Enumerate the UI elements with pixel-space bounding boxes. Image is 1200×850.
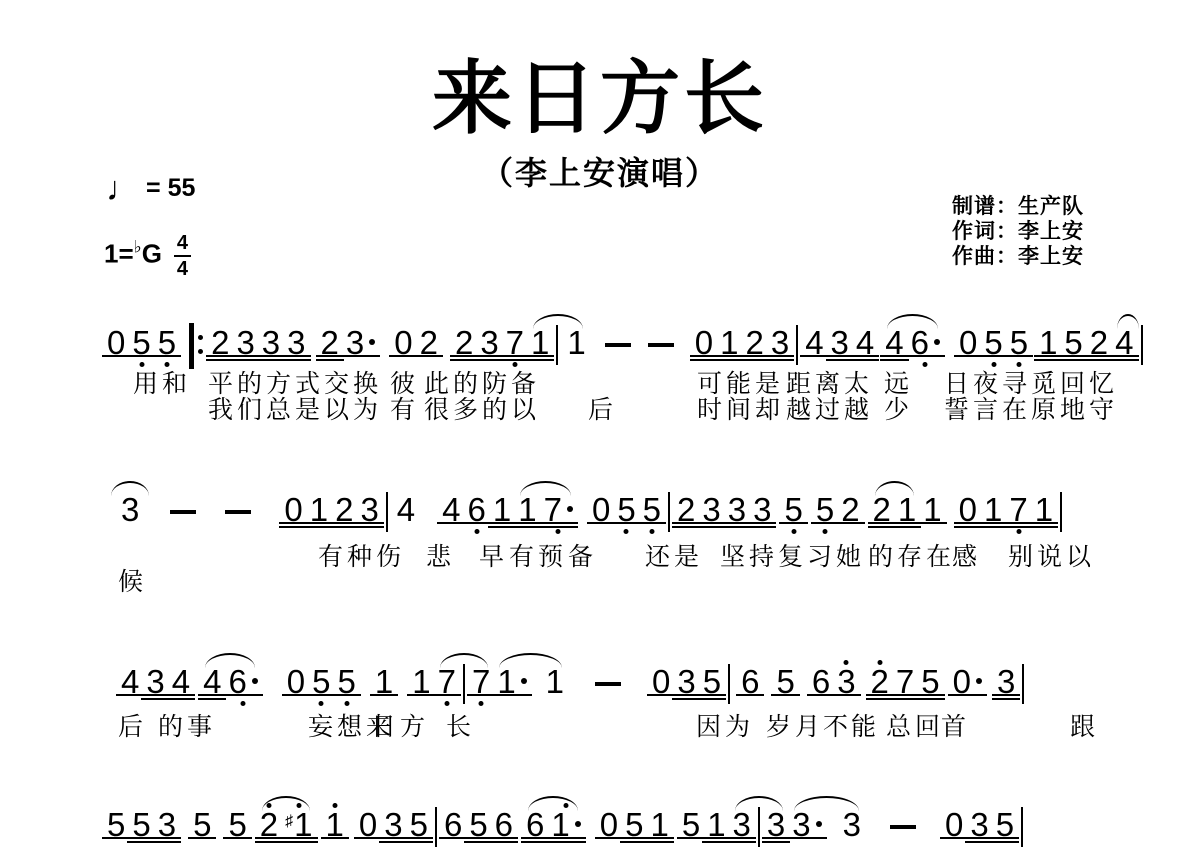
- note-token: 5: [994, 810, 1016, 840]
- sixteenth-beam: [690, 359, 718, 361]
- eighth-beam: [800, 355, 828, 357]
- eighth-beam: [223, 837, 251, 839]
- note-token: 7: [894, 667, 916, 697]
- eighth-beam: [866, 694, 894, 696]
- note-token: 5: [130, 810, 152, 840]
- slur-tie-arc: [528, 796, 578, 811]
- note-token: 3: [119, 495, 141, 525]
- eighth-beam: [811, 522, 839, 524]
- barline: [435, 807, 437, 847]
- sixteenth-beam: [231, 359, 259, 361]
- eighth-beam: [464, 837, 492, 839]
- eighth-beam: [475, 355, 503, 357]
- lyric-segment: 别说以: [1008, 545, 1095, 570]
- low-octave-dot: [823, 529, 828, 534]
- eighth-beam: [116, 694, 144, 696]
- slur-tie-arc: [875, 481, 914, 496]
- sixteenth-beam: [450, 359, 478, 361]
- note-token: 0: [943, 810, 965, 840]
- low-octave-dot: [624, 529, 629, 534]
- eighth-beam: [167, 694, 195, 696]
- note-token: 3: [260, 328, 282, 358]
- note-token: 0: [957, 495, 979, 525]
- sixteenth-beam: [1004, 526, 1032, 528]
- barline: [1022, 664, 1024, 704]
- note-token: 1: [896, 495, 918, 525]
- lyric-segment: 不: [823, 715, 852, 740]
- note-token: 5: [701, 667, 723, 697]
- note-token: 5: [1062, 328, 1084, 358]
- barline: [1021, 807, 1023, 847]
- note-token: 2: [1088, 328, 1110, 358]
- slur-tie-arc: [735, 796, 783, 811]
- eighth-beam: [282, 355, 310, 357]
- eighth-beam: [677, 837, 705, 839]
- sixteenth-beam: [282, 359, 310, 361]
- low-octave-dot: [556, 529, 561, 534]
- barline: [796, 325, 798, 365]
- eighth-beam: [355, 522, 383, 524]
- eighth-beam: [439, 837, 467, 839]
- eighth-beam: [954, 355, 982, 357]
- sixteenth-beam: [916, 698, 944, 700]
- note-extension-dash: [605, 343, 631, 347]
- eighth-beam: [638, 522, 666, 524]
- note-token: 4: [854, 328, 876, 358]
- sixteenth-beam: [355, 526, 383, 528]
- eighth-beam: [341, 355, 380, 357]
- note-token: 5: [336, 667, 358, 697]
- eighth-beam: [880, 355, 908, 357]
- note-token: 3: [285, 328, 307, 358]
- lyric-segment: 有种伤: [318, 545, 405, 570]
- eighth-beam: [672, 694, 700, 696]
- eighth-beam: [690, 355, 718, 357]
- note-token: 5: [310, 667, 332, 697]
- slur-tie-arc: [111, 481, 149, 496]
- sixteenth-beam: [488, 526, 516, 528]
- sixteenth-beam: [141, 698, 169, 700]
- note-token: 3: [700, 495, 722, 525]
- note-token: 0: [693, 328, 715, 358]
- lyric-segment: 早: [479, 545, 508, 570]
- high-octave-dot: [332, 803, 337, 808]
- note-token: 2: [743, 328, 765, 358]
- eighth-beam: [370, 694, 398, 696]
- eighth-beam: [868, 522, 896, 524]
- note-token: 1: [1033, 495, 1055, 525]
- lyric-segment: 能: [851, 715, 880, 740]
- eighth-beam: [979, 522, 1007, 524]
- sixteenth-beam: [513, 526, 541, 528]
- note-token: 5: [156, 328, 178, 358]
- sixteenth-beam: [728, 841, 756, 843]
- eighth-beam: [231, 355, 259, 357]
- slur-tie-arc: [262, 796, 310, 811]
- eighth-beam: [1085, 355, 1113, 357]
- sixteenth-beam: [965, 841, 993, 843]
- sixteenth-beam: [257, 359, 285, 361]
- sharp-sign-icon: ♯: [285, 813, 293, 830]
- note-token: 6: [739, 667, 761, 697]
- low-octave-dot: [344, 701, 349, 706]
- note-token: 0: [951, 667, 984, 697]
- eighth-beam: [153, 355, 181, 357]
- sixteenth-beam: [766, 359, 794, 361]
- lyric-segment: 彼: [390, 372, 419, 397]
- slur-tie-arc: [887, 314, 938, 329]
- eighth-beam: [206, 355, 234, 357]
- eighth-beam: [702, 837, 730, 839]
- eighth-beam: [991, 837, 1019, 839]
- barline: [728, 664, 730, 704]
- eighth-beam: [526, 355, 554, 357]
- eighth-beam: [437, 522, 465, 524]
- note-token: 4: [803, 328, 825, 358]
- sixteenth-beam: [153, 841, 181, 843]
- eighth-beam: [405, 837, 433, 839]
- eighth-beam: [771, 694, 799, 696]
- eighth-beam: [501, 355, 529, 357]
- eighth-beam: [305, 522, 333, 524]
- sixteenth-beam: [851, 359, 879, 361]
- note-token: 0: [957, 328, 979, 358]
- lyric-segment: 此的防备: [424, 372, 540, 397]
- lyric-segment: 日夜寻觅回忆: [944, 372, 1118, 397]
- note-token: 6: [493, 810, 515, 840]
- eighth-beam: [647, 694, 675, 696]
- low-octave-dot: [479, 701, 484, 706]
- sixteenth-beam: [891, 698, 919, 700]
- note-token: 4: [201, 667, 223, 697]
- eighth-beam: [539, 522, 578, 524]
- slur-tie-arc: [794, 796, 859, 811]
- slur-tie-arc: [205, 653, 255, 668]
- eighth-beam: [188, 837, 216, 839]
- eighth-beam: [832, 694, 860, 696]
- slur-tie-arc: [520, 481, 571, 496]
- eighth-beam: [513, 522, 541, 524]
- eighth-beam: [1059, 355, 1087, 357]
- lyric-segment: 跟: [1070, 715, 1099, 740]
- sixteenth-beam: [501, 359, 529, 361]
- lyric-segment: 离太: [815, 372, 873, 397]
- barline: [668, 492, 670, 532]
- note-token: 2: [209, 328, 231, 358]
- slur-tie-arc: [440, 653, 488, 668]
- note-token: 1: [516, 495, 538, 525]
- eighth-beam: [223, 694, 262, 696]
- note-token: 5: [641, 495, 663, 525]
- note-token: 0: [590, 495, 612, 525]
- eighth-beam: [893, 522, 921, 524]
- eighth-beam: [807, 694, 835, 696]
- lyric-segment: 候: [118, 570, 147, 595]
- lyric-segment: 有预: [509, 545, 567, 570]
- note-token: 7: [1007, 495, 1029, 525]
- sixteenth-beam: [1034, 359, 1062, 361]
- barline: [463, 664, 465, 704]
- note-token: 7: [436, 667, 458, 697]
- sixteenth-beam: [526, 359, 554, 361]
- eighth-beam: [612, 522, 640, 524]
- sixteenth-beam: [672, 526, 700, 528]
- high-octave-dot: [844, 660, 849, 665]
- note-token: 5: [814, 495, 836, 525]
- note-token: 1: [544, 667, 566, 697]
- sixteenth-beam: [464, 841, 492, 843]
- note-extension-dash: [225, 510, 251, 514]
- score-area: 05523332302237110123434460551524用和平的方式交换…: [0, 0, 1200, 850]
- note-token: 3: [144, 667, 166, 697]
- note-token: 1: [373, 667, 395, 697]
- lyric-segment: 距: [786, 372, 815, 397]
- eighth-beam: [748, 522, 776, 524]
- low-octave-dot: [139, 362, 144, 367]
- sixteenth-beam: [475, 359, 503, 361]
- eighth-beam: [490, 837, 518, 839]
- lyric-segment: 我们总是以为: [208, 398, 382, 423]
- high-octave-dot: [877, 660, 882, 665]
- eighth-beam: [354, 837, 382, 839]
- sixteenth-beam: [539, 526, 578, 528]
- sixteenth-beam: [255, 841, 283, 843]
- note-token: 5: [130, 328, 152, 358]
- sixteenth-beam: [880, 359, 908, 361]
- note-token: 3: [726, 495, 748, 525]
- sixteenth-beam: [280, 841, 317, 843]
- low-octave-dot: [1016, 529, 1021, 534]
- note-token: 3: [478, 328, 500, 358]
- sixteenth-beam: [698, 698, 726, 700]
- eighth-beam: [672, 522, 700, 524]
- augmentation-dot: [521, 678, 527, 684]
- eighth-beam: [198, 694, 226, 696]
- lyric-segment: 岁: [766, 715, 795, 740]
- eighth-beam: [779, 522, 807, 524]
- note-token: 5: [1008, 328, 1030, 358]
- eighth-beam: [851, 355, 879, 357]
- note-token: 5: [467, 810, 489, 840]
- eighth-beam: [697, 522, 725, 524]
- eighth-beam: [1034, 355, 1062, 357]
- sixteenth-beam: [279, 526, 307, 528]
- eighth-beam: [282, 694, 310, 696]
- sixteenth-beam: [868, 526, 896, 528]
- eighth-beam: [141, 694, 169, 696]
- slur-tie-arc: [1117, 314, 1139, 329]
- note-token: 0: [392, 328, 414, 358]
- lyric-segment: 很多的以: [424, 398, 540, 423]
- note-extension-dash: [170, 510, 196, 514]
- sixteenth-beam: [198, 698, 226, 700]
- note-token: 1: [549, 810, 582, 840]
- note-token: 5: [919, 667, 941, 697]
- sixteenth-beam: [645, 841, 673, 843]
- note-token: 3: [790, 810, 823, 840]
- sixteenth-beam: [490, 841, 518, 843]
- music-system-2: 3012344611705523335522110171: [105, 495, 1062, 529]
- barline: [1060, 492, 1062, 532]
- note-token: 2: [319, 328, 341, 358]
- sixteenth-beam: [762, 841, 790, 843]
- eighth-beam: [891, 694, 919, 696]
- eighth-beam: [740, 355, 768, 357]
- note-token: 2: [258, 810, 280, 840]
- note-token: 5: [408, 810, 430, 840]
- sixteenth-beam: [1110, 359, 1138, 361]
- note-token: 6: [524, 810, 546, 840]
- eighth-beam: [918, 522, 946, 524]
- note-token: 0: [282, 495, 304, 525]
- eighth-beam: [595, 837, 623, 839]
- lyric-segment: 日方: [371, 715, 429, 740]
- lyric-segment: 平的方式交换: [208, 372, 382, 397]
- slur-tie-arc: [499, 653, 562, 668]
- note-token: 2: [871, 495, 893, 525]
- lyric-segment: 时间却: [697, 398, 784, 423]
- note-token: 3: [156, 810, 178, 840]
- music-system-4: 553552♯1103565661051513333035: [105, 810, 1023, 844]
- sixteenth-beam: [723, 526, 751, 528]
- note-token: 5: [623, 810, 645, 840]
- sixteenth-beam: [748, 526, 776, 528]
- eighth-beam: [762, 837, 790, 839]
- eighth-beam: [407, 694, 435, 696]
- note-token: 2: [675, 495, 697, 525]
- lyric-segment: 总回: [886, 715, 944, 740]
- lyric-segment: 感: [952, 545, 981, 570]
- sixteenth-beam: [521, 841, 549, 843]
- note-token: 5: [680, 810, 702, 840]
- eighth-beam: [992, 694, 1020, 696]
- note-token: 2: [839, 495, 861, 525]
- eighth-beam: [279, 522, 307, 524]
- note-token: 5: [774, 667, 796, 697]
- note-token: 6: [909, 328, 942, 358]
- eighth-beam: [127, 355, 155, 357]
- note-token: 3: [769, 328, 791, 358]
- lyric-segment: 誓言在原地守: [944, 398, 1118, 423]
- lyric-segment: 因为: [696, 715, 754, 740]
- augmentation-dot: [976, 678, 982, 684]
- sixteenth-beam: [546, 841, 585, 843]
- eighth-beam: [787, 837, 826, 839]
- low-octave-dot: [474, 529, 479, 534]
- note-token: 1: [308, 495, 330, 525]
- eighth-beam: [467, 694, 495, 696]
- eighth-beam: [916, 694, 944, 696]
- note-token: 7: [504, 328, 526, 358]
- low-octave-dot: [991, 362, 996, 367]
- note-token: 2: [869, 667, 891, 697]
- eighth-beam: [728, 837, 756, 839]
- note-token: 6: [810, 667, 832, 697]
- low-octave-dot: [649, 529, 654, 534]
- note-token: 4: [395, 495, 417, 525]
- note-token: 5: [982, 328, 1004, 358]
- note-token: 4: [170, 667, 192, 697]
- note-token: 0: [598, 810, 620, 840]
- note-token: 3: [765, 810, 787, 840]
- lyric-segment: 还是: [645, 545, 703, 570]
- augmentation-dot: [816, 821, 822, 827]
- note-token: 4: [440, 495, 462, 525]
- augmentation-dot: [575, 821, 581, 827]
- lyric-segment: 远: [884, 372, 913, 397]
- eighth-beam: [620, 837, 648, 839]
- eighth-beam: [1030, 522, 1058, 524]
- eighth-beam: [330, 522, 358, 524]
- eighth-beam: [488, 522, 516, 524]
- note-extension-dash: [890, 825, 916, 829]
- sixteenth-beam: [330, 526, 358, 528]
- note-token: 3: [358, 495, 380, 525]
- eighth-beam: [587, 522, 615, 524]
- eighth-beam: [316, 355, 344, 357]
- lyric-segment: 悲: [426, 545, 455, 570]
- lyric-segment: 备: [568, 545, 597, 570]
- note-token: 3: [344, 328, 377, 358]
- low-octave-dot: [241, 701, 246, 706]
- note-token: 1: [324, 810, 346, 840]
- lyric-segment: 越: [786, 398, 815, 423]
- eighth-beam: [715, 355, 743, 357]
- note-token: 1: [491, 495, 513, 525]
- sixteenth-beam: [954, 526, 982, 528]
- note-token: 4: [883, 328, 905, 358]
- barline: [386, 492, 388, 532]
- note-token: 4: [119, 667, 141, 697]
- note-token: 1: [705, 810, 727, 840]
- note-token: 3: [731, 810, 753, 840]
- note-token: 3: [675, 667, 697, 697]
- note-token: 5: [105, 810, 127, 840]
- eighth-beam: [836, 522, 864, 524]
- note-token: 5: [191, 810, 213, 840]
- eighth-beam: [450, 355, 478, 357]
- sixteenth-beam: [991, 841, 1019, 843]
- lyric-segment: 的存在: [868, 545, 955, 570]
- eighth-beam: [153, 837, 181, 839]
- lyric-segment: 用和: [133, 372, 191, 397]
- music-system-1: 05523332302237110123434460551524: [105, 328, 1143, 362]
- barline: [556, 325, 558, 365]
- eighth-beam: [433, 694, 461, 696]
- eighth-beam: [948, 694, 987, 696]
- note-token: 5: [226, 810, 248, 840]
- sixteenth-beam: [979, 526, 1007, 528]
- note-token: 1: [410, 667, 432, 697]
- eighth-beam: [492, 694, 531, 696]
- note-token: 1: [495, 667, 528, 697]
- eighth-beam: [736, 694, 764, 696]
- sixteenth-beam: [1030, 526, 1058, 528]
- note-token: ♯1: [283, 810, 314, 840]
- sixteenth-beam: [715, 359, 743, 361]
- note-token: 1: [529, 328, 551, 358]
- sixteenth-beam: [866, 698, 894, 700]
- eighth-beam: [723, 522, 751, 524]
- lyric-segment: 有: [390, 398, 419, 423]
- low-octave-dot: [791, 529, 796, 534]
- low-octave-dot: [923, 362, 928, 367]
- low-octave-dot: [444, 701, 449, 706]
- note-token: 3: [968, 810, 990, 840]
- eighth-beam: [333, 694, 361, 696]
- note-token: 1: [982, 495, 1004, 525]
- sixteenth-beam: [405, 841, 433, 843]
